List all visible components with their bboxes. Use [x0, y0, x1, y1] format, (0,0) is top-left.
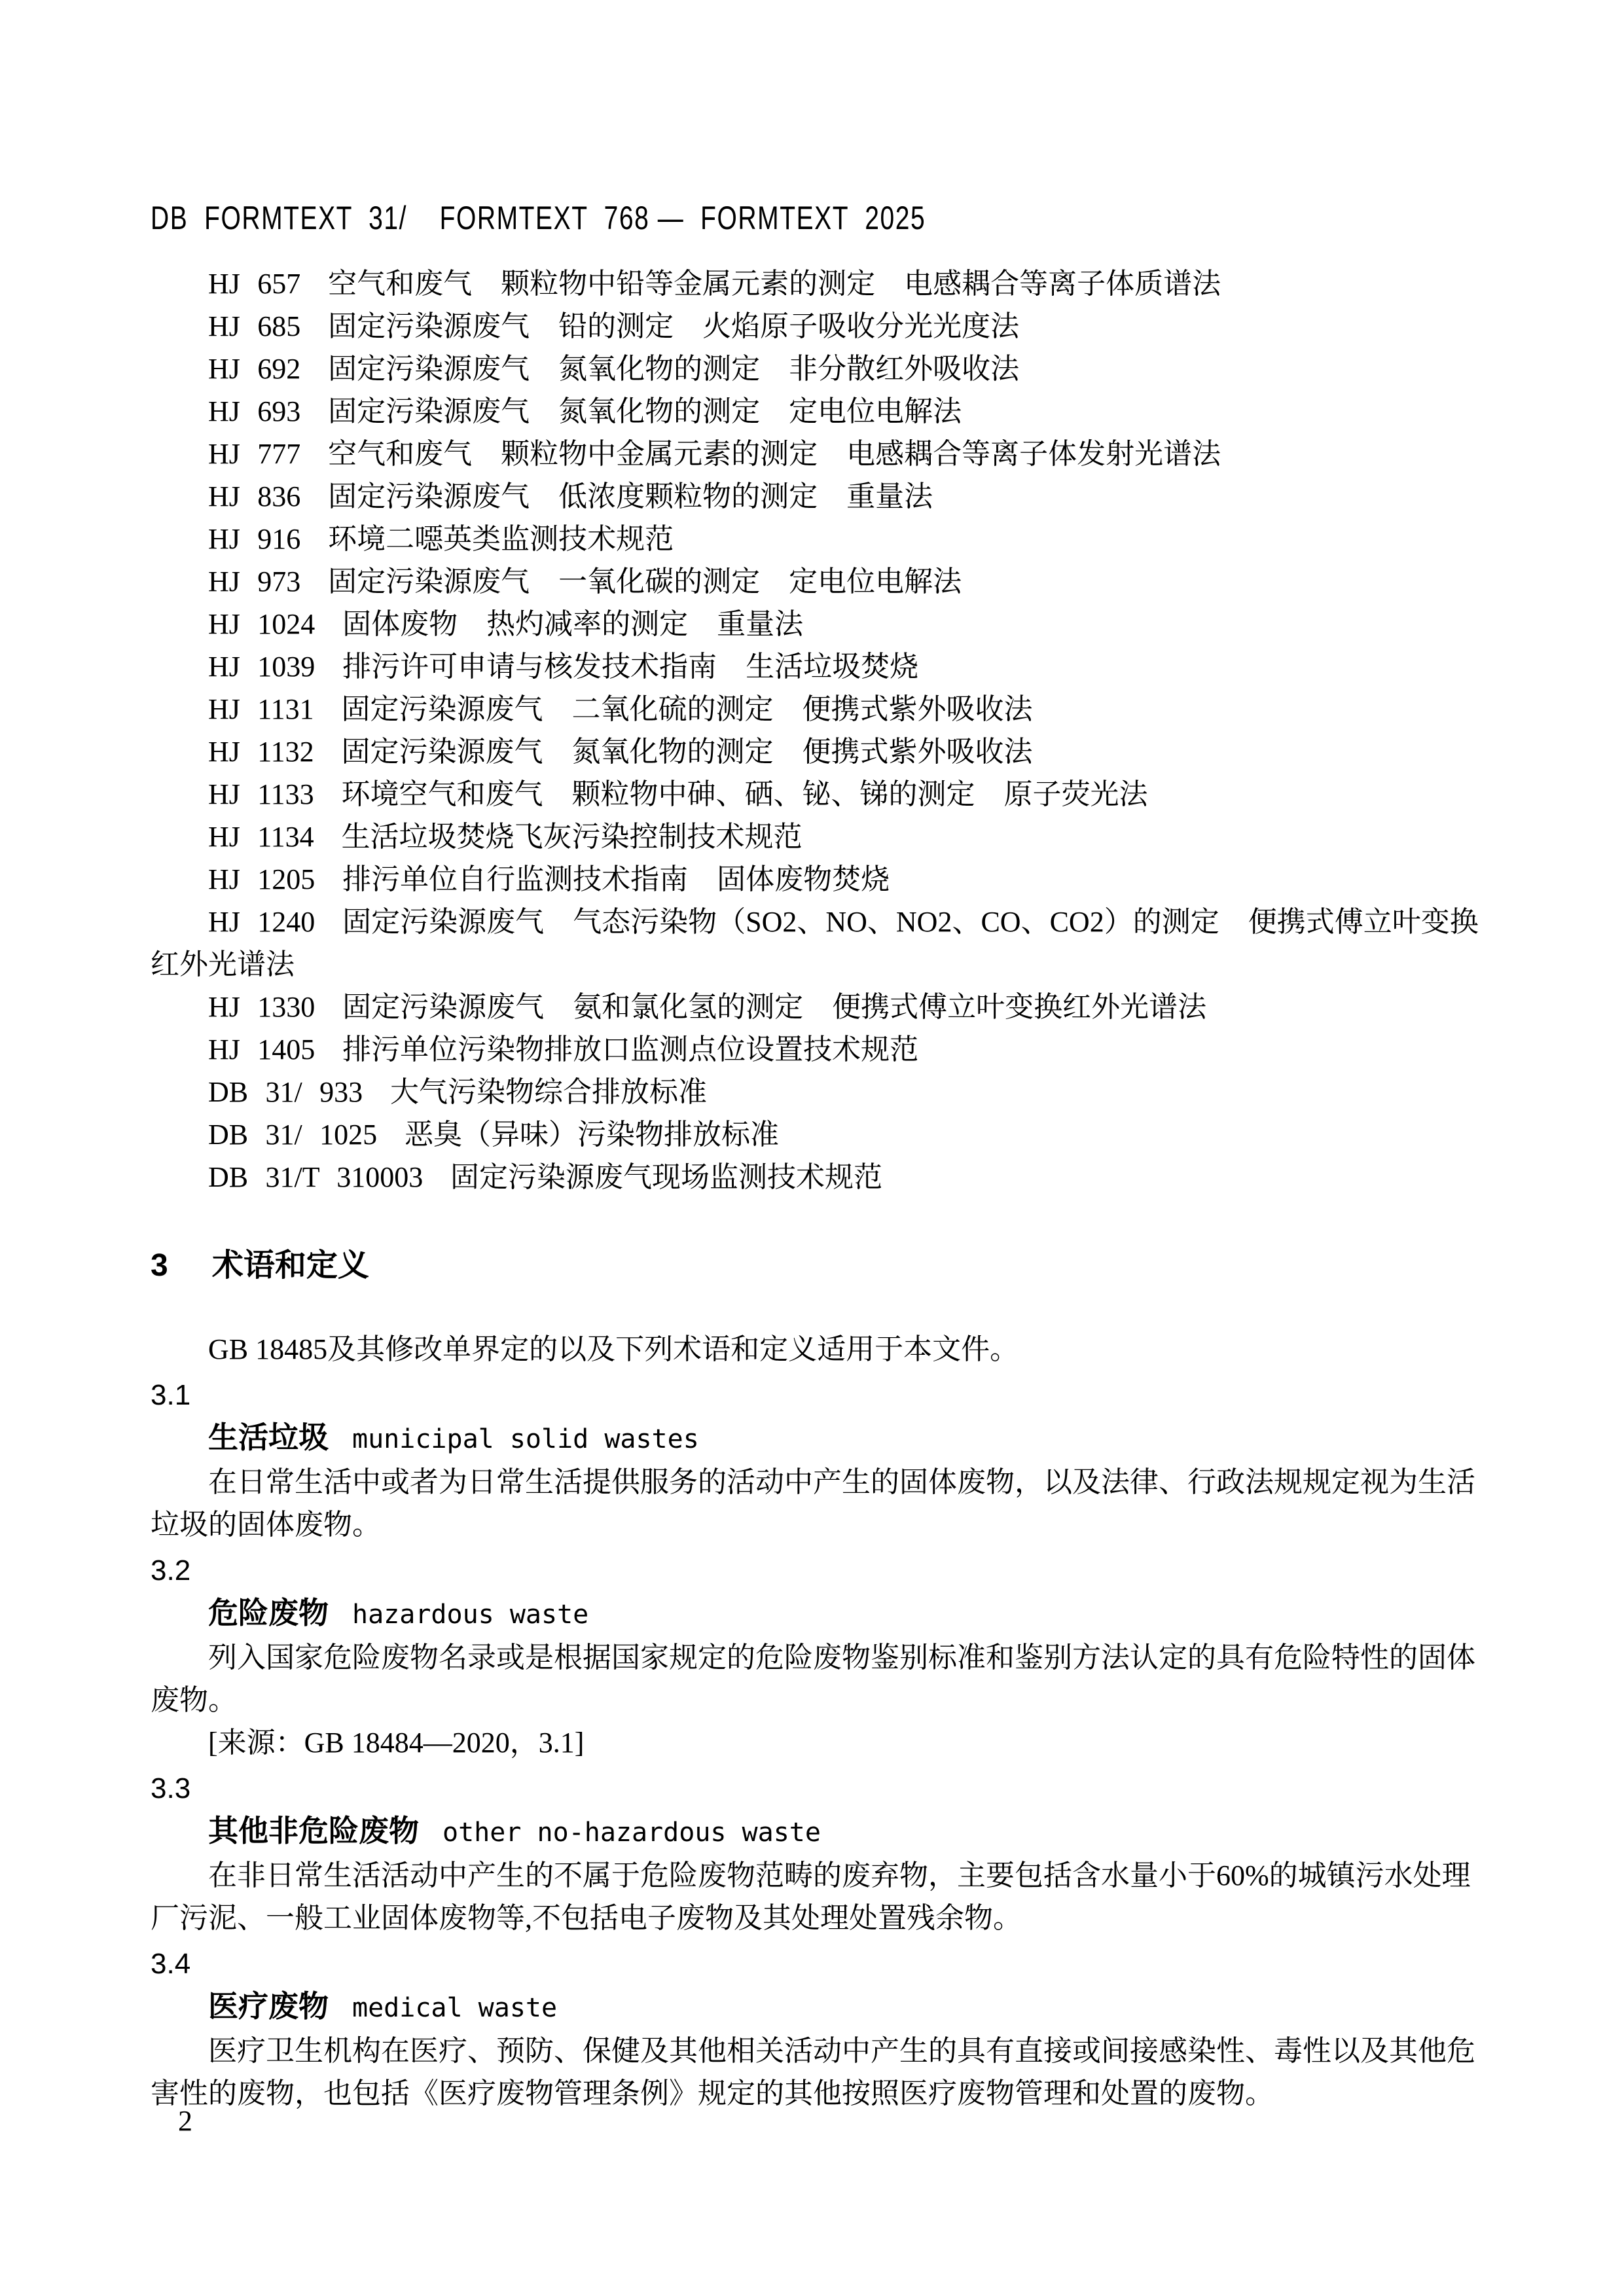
reference-item: HJ 836固定污染源废气 低浓度颗粒物的测定 重量法: [151, 475, 1493, 518]
reference-item: HJ 1205排污单位自行监测技术指南 固体废物焚烧: [151, 858, 1493, 901]
reference-item: HJ 1240固定污染源废气 气态污染物（SO2、NO、NO2、CO、CO2）的…: [151, 901, 1493, 986]
reference-code: HJ 657: [208, 268, 300, 300]
reference-title: 环境二噁英类监测技术规范: [328, 523, 674, 555]
reference-title: 空气和废气 颗粒物中铅等金属元素的测定 电感耦合等离子体质谱法: [328, 268, 1221, 300]
reference-item: HJ 1133环境空气和废气 颗粒物中砷、硒、铋、锑的测定 原子荧光法: [151, 773, 1493, 816]
reference-item: HJ 1132固定污染源废气 氮氧化物的测定 便携式紫外吸收法: [151, 730, 1493, 773]
reference-title: 排污单位自行监测技术指南 固体废物焚烧: [342, 863, 890, 895]
reference-title: 固定污染源废气 一氧化碳的测定 定电位电解法: [328, 565, 962, 598]
reference-code: HJ 1330: [208, 991, 315, 1023]
reference-item: HJ 1024固体废物 热灼减率的测定 重量法: [151, 603, 1493, 645]
reference-title: 固定污染源废气 铅的测定 火焰原子吸收分光光度法: [328, 310, 1019, 342]
term-title-en: hazardous waste: [352, 1600, 588, 1630]
reference-code: HJ 1024: [208, 608, 315, 640]
page-number: 2: [178, 2100, 192, 2142]
term-definition: 在日常生活中或者为日常生活提供服务的活动中产生的固体废物，以及法律、行政法规规定…: [151, 1461, 1493, 1546]
term-number: 3.3: [151, 1767, 1493, 1810]
section-intro: GB 18485及其修改单界定的以及下列术语和定义适用于本文件。: [151, 1328, 1493, 1371]
reference-code: HJ 1134: [208, 821, 314, 853]
reference-title: 排污单位污染物排放口监测点位设置技术规范: [342, 1033, 918, 1066]
term-title-zh: 危险废物: [208, 1596, 329, 1630]
reference-item: HJ 1405排污单位污染物排放口监测点位设置技术规范: [151, 1028, 1493, 1071]
reference-item: HJ 777空气和废气 颗粒物中金属元素的测定 电感耦合等离子体发射光谱法: [151, 433, 1493, 475]
term-block: 3.4 医疗废物medical waste 医疗卫生机构在医疗、预防、保健及其他…: [151, 1943, 1493, 2115]
term-number: 3.4: [151, 1943, 1493, 1985]
reference-title: 固定污染源废气 二氧化硫的测定 便携式紫外吸收法: [341, 693, 1032, 725]
reference-item: HJ 973固定污染源废气 一氧化碳的测定 定电位电解法: [151, 560, 1493, 603]
reference-code: HJ 916: [208, 523, 300, 555]
document-page: DB FORMTEXT 31/ FORMTEXT 768 — FORMTEXT …: [0, 0, 1624, 2296]
term-title-zh: 其他非危险废物: [208, 1814, 419, 1848]
reference-code: DB 31/T 310003: [208, 1161, 423, 1193]
reference-code: HJ 693: [208, 395, 300, 427]
reference-title: 固定污染源废气现场监测技术规范: [450, 1161, 882, 1193]
reference-item: HJ 1330固定污染源废气 氨和氯化氢的测定 便携式傅立叶变换红外光谱法: [151, 986, 1493, 1028]
reference-title: 大气污染物综合排放标准: [390, 1076, 707, 1108]
normative-references: HJ 657空气和废气 颗粒物中铅等金属元素的测定 电感耦合等离子体质谱法 HJ…: [151, 262, 1493, 1198]
reference-item: DB 31/ 933大气污染物综合排放标准: [151, 1071, 1493, 1113]
reference-item: HJ 1134生活垃圾焚烧飞灰污染控制技术规范: [151, 816, 1493, 858]
reference-item: DB 31/T 310003固定污染源废气现场监测技术规范: [151, 1156, 1493, 1198]
term-heading: 其他非危险废物other no-hazardous waste: [151, 1810, 1493, 1854]
term-number: 3.2: [151, 1549, 1493, 1592]
reference-title: 固定污染源废气 氮氧化物的测定 便携式紫外吸收法: [341, 736, 1032, 768]
reference-code: HJ 1039: [208, 651, 315, 683]
term-definition: 医疗卫生机构在医疗、预防、保健及其他相关活动中产生的具有直接或间接感染性、毒性以…: [151, 2030, 1493, 2115]
term-block: 3.1 生活垃圾municipal solid wastes 在日常生活中或者为…: [151, 1374, 1493, 1546]
reference-code: HJ 685: [208, 310, 300, 342]
reference-title: 固定污染源废气 低浓度颗粒物的测定 重量法: [328, 480, 933, 512]
reference-item: HJ 685固定污染源废气 铅的测定 火焰原子吸收分光光度法: [151, 305, 1493, 348]
term-definition: 列入国家危险废物名录或是根据国家规定的危险废物鉴别标准和鉴别方法认定的具有危险特…: [151, 1636, 1493, 1721]
term-heading: 医疗废物medical waste: [151, 1985, 1493, 2030]
terms-list: 3.1 生活垃圾municipal solid wastes 在日常生活中或者为…: [151, 1374, 1493, 2115]
reference-title: 固定污染源废气 氮氧化物的测定 定电位电解法: [328, 395, 962, 427]
reference-item: HJ 1039排污许可申请与核发技术指南 生活垃圾焚烧: [151, 645, 1493, 688]
reference-code: HJ 1240: [208, 906, 315, 938]
section-heading: 3术语和定义: [151, 1244, 1493, 1287]
reference-item: HJ 916环境二噁英类监测技术规范: [151, 518, 1493, 560]
document-body: HJ 657空气和废气 颗粒物中铅等金属元素的测定 电感耦合等离子体质谱法 HJ…: [151, 262, 1493, 2115]
reference-title: 固定污染源废气 氨和氯化氢的测定 便携式傅立叶变换红外光谱法: [342, 991, 1206, 1023]
term-number: 3.1: [151, 1374, 1493, 1416]
reference-code: DB 31/ 933: [208, 1076, 363, 1108]
reference-code: HJ 836: [208, 480, 300, 512]
reference-item: HJ 693固定污染源废气 氮氧化物的测定 定电位电解法: [151, 390, 1493, 433]
term-title-zh: 医疗废物: [208, 1989, 329, 2023]
reference-code: HJ 1131: [208, 693, 314, 725]
section-number: 3: [151, 1248, 168, 1283]
term-block: 3.3 其他非危险废物other no-hazardous waste 在非日常…: [151, 1767, 1493, 1939]
reference-item: DB 31/ 1025恶臭（异味）污染物排放标准: [151, 1113, 1493, 1156]
doc-code: DB FORMTEXT 31/ FORMTEXT 768 — FORMTEXT …: [151, 202, 926, 234]
reference-code: HJ 973: [208, 565, 300, 598]
page-header: DB FORMTEXT 31/ FORMTEXT 768 — FORMTEXT …: [151, 202, 1493, 244]
reference-title: 排污许可申请与核发技术指南 生活垃圾焚烧: [342, 651, 918, 683]
reference-title: 生活垃圾焚烧飞灰污染控制技术规范: [341, 821, 802, 853]
term-title-en: municipal solid wastes: [352, 1424, 699, 1454]
reference-code: HJ 1133: [208, 778, 314, 810]
reference-code: HJ 1405: [208, 1033, 315, 1066]
reference-title: 固定污染源废气 氮氧化物的测定 非分散红外吸收法: [328, 353, 1019, 385]
section-title: 术语和定义: [212, 1248, 369, 1283]
reference-title: 恶臭（异味）污染物排放标准: [405, 1119, 779, 1151]
term-definition: 在非日常生活活动中产生的不属于危险废物范畴的废弃物，主要包括含水量小于60%的城…: [151, 1854, 1493, 1939]
reference-title: 环境空气和废气 颗粒物中砷、硒、铋、锑的测定 原子荧光法: [341, 778, 1147, 810]
reference-title: 空气和废气 颗粒物中金属元素的测定 电感耦合等离子体发射光谱法: [328, 438, 1221, 470]
term-heading: 生活垃圾municipal solid wastes: [151, 1416, 1493, 1461]
reference-code: DB 31/ 1025: [208, 1119, 377, 1151]
reference-code: HJ 777: [208, 438, 300, 470]
term-title-en: other no-hazardous waste: [442, 1818, 821, 1848]
reference-code: HJ 1205: [208, 863, 315, 895]
term-title-zh: 生活垃圾: [208, 1420, 329, 1454]
reference-code: HJ 1132: [208, 736, 314, 768]
term-title-en: medical waste: [352, 1993, 557, 2023]
reference-item: HJ 692固定污染源废气 氮氧化物的测定 非分散红外吸收法: [151, 348, 1493, 390]
reference-item: HJ 1131固定污染源废气 二氧化硫的测定 便携式紫外吸收法: [151, 688, 1493, 730]
reference-item: HJ 657空气和废气 颗粒物中铅等金属元素的测定 电感耦合等离子体质谱法: [151, 262, 1493, 305]
reference-title: 固体废物 热灼减率的测定 重量法: [342, 608, 803, 640]
reference-code: HJ 692: [208, 353, 300, 385]
term-source: [来源：GB 18484—2020，3.1]: [151, 1721, 1493, 1764]
term-block: 3.2 危险废物hazardous waste 列入国家危险废物名录或是根据国家…: [151, 1549, 1493, 1764]
reference-title: 固定污染源废气 气态污染物（SO2、NO、NO2、CO、CO2）的测定 便携式傅…: [151, 906, 1479, 980]
term-heading: 危险废物hazardous waste: [151, 1592, 1493, 1636]
